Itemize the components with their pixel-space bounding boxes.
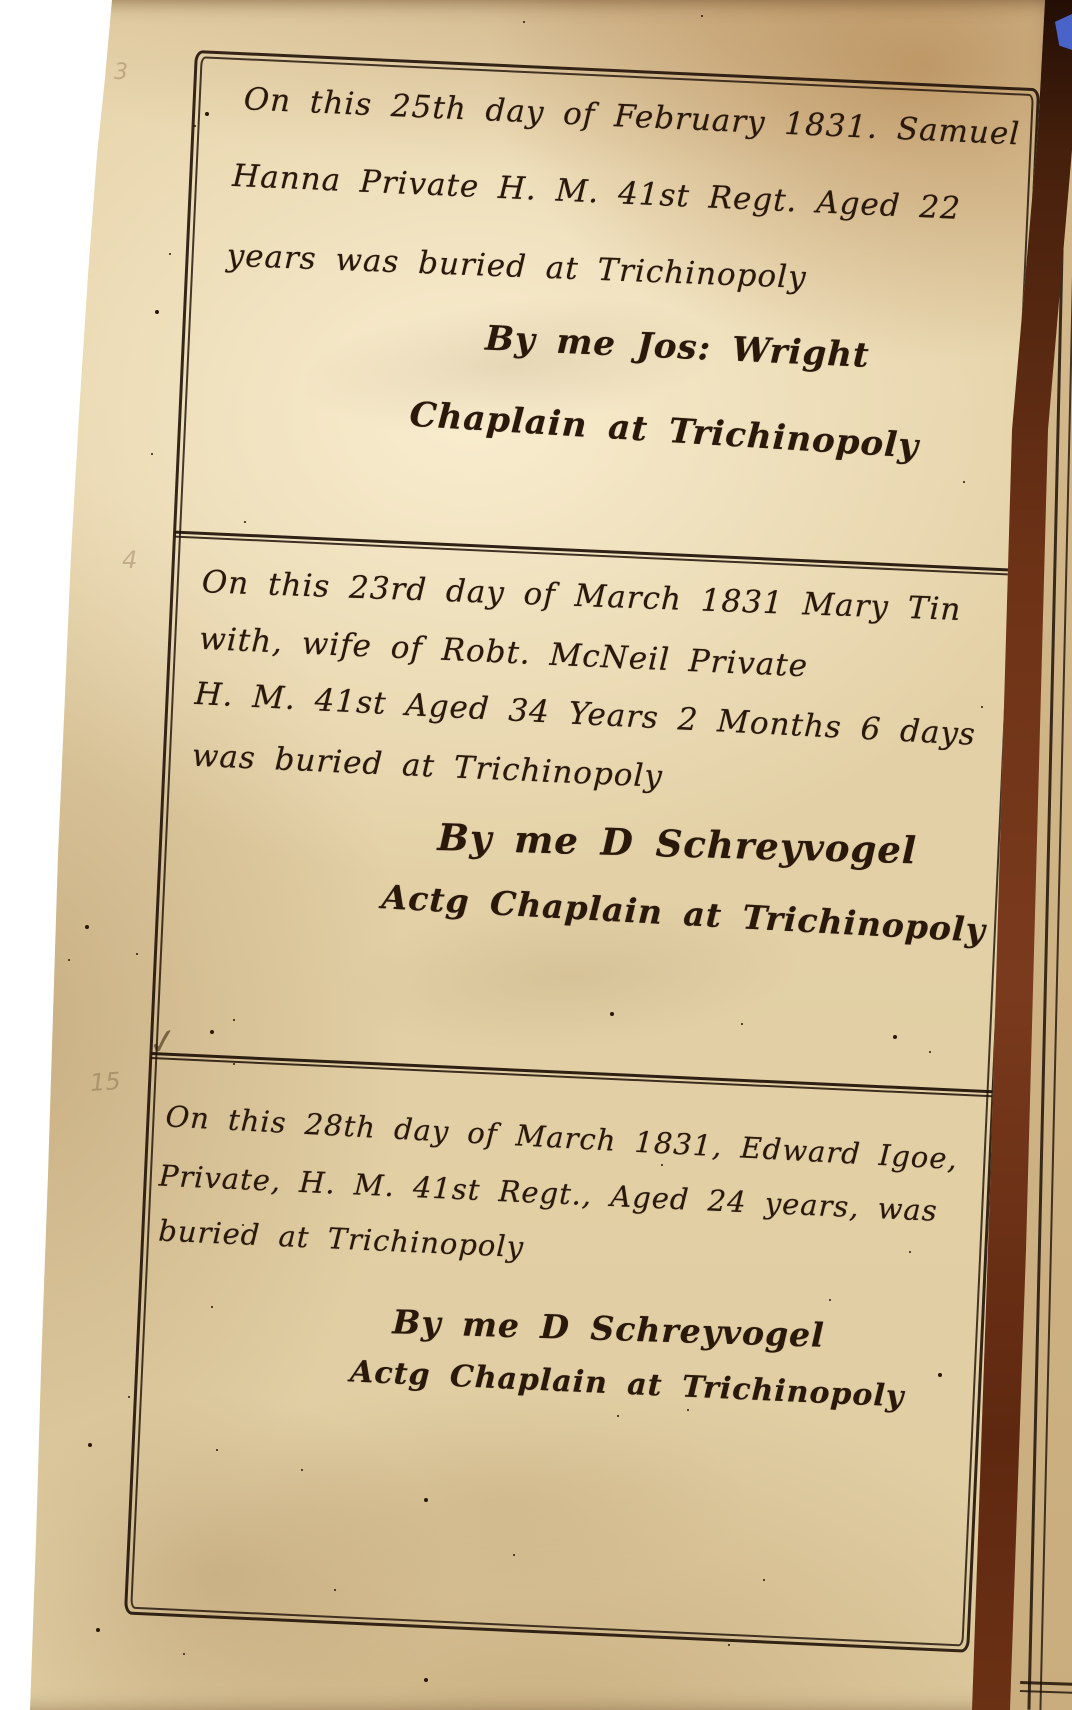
entry-divider bbox=[151, 1052, 992, 1098]
margin-mark: 4 bbox=[122, 546, 137, 574]
chaplain-title: Actg Chaplain at Trichinopoly bbox=[381, 877, 987, 950]
margin-mark: 3 bbox=[114, 60, 128, 85]
register-line: H. M. 41st Aged 34 Years 2 Months 6 days bbox=[194, 676, 977, 753]
chaplain-signature: By me D Schreyvogel bbox=[437, 815, 918, 872]
margin-mark: 15 bbox=[89, 1067, 121, 1097]
burial-entry: On this 25th day of February 1831. Samue… bbox=[198, 53, 1037, 91]
chaplain-title: Actg Chaplain at Trichinopoly bbox=[349, 1354, 905, 1414]
register-line: Hanna Private H. M. 41st Regt. Aged 22 bbox=[232, 158, 962, 227]
register-line: Private, H. M. 41st Regt., Aged 24 years… bbox=[158, 1159, 938, 1228]
scanned-register-photo: 3 4 ✓ 15 On this 25th day of February 18… bbox=[0, 0, 1072, 1710]
register-line: On this 25th day of February 1831. Samue… bbox=[243, 81, 1021, 152]
register-line: buried at Trichinopoly bbox=[158, 1214, 525, 1265]
register-page: 3 4 ✓ 15 On this 25th day of February 18… bbox=[0, 0, 1072, 1710]
ruled-frame: On this 25th day of February 1831. Samue… bbox=[124, 50, 1040, 1653]
chaplain-title: Chaplain at Trichinopoly bbox=[408, 395, 920, 467]
adjacent-page-bottom-rule bbox=[1020, 1681, 1072, 1694]
register-line: was buried at Trichinopoly bbox=[191, 738, 664, 795]
register-line: with, wife of Robt. McNeil Private bbox=[198, 621, 808, 685]
ink-specks bbox=[0, 0, 4, 4]
chaplain-signature: By me Jos: Wright bbox=[484, 318, 870, 375]
chaplain-signature: By me D Schreyvogel bbox=[392, 1302, 825, 1355]
register-line: years was buried at Trichinopoly bbox=[226, 238, 807, 296]
register-line: On this 23rd day of March 1831 Mary Tin bbox=[201, 564, 962, 628]
